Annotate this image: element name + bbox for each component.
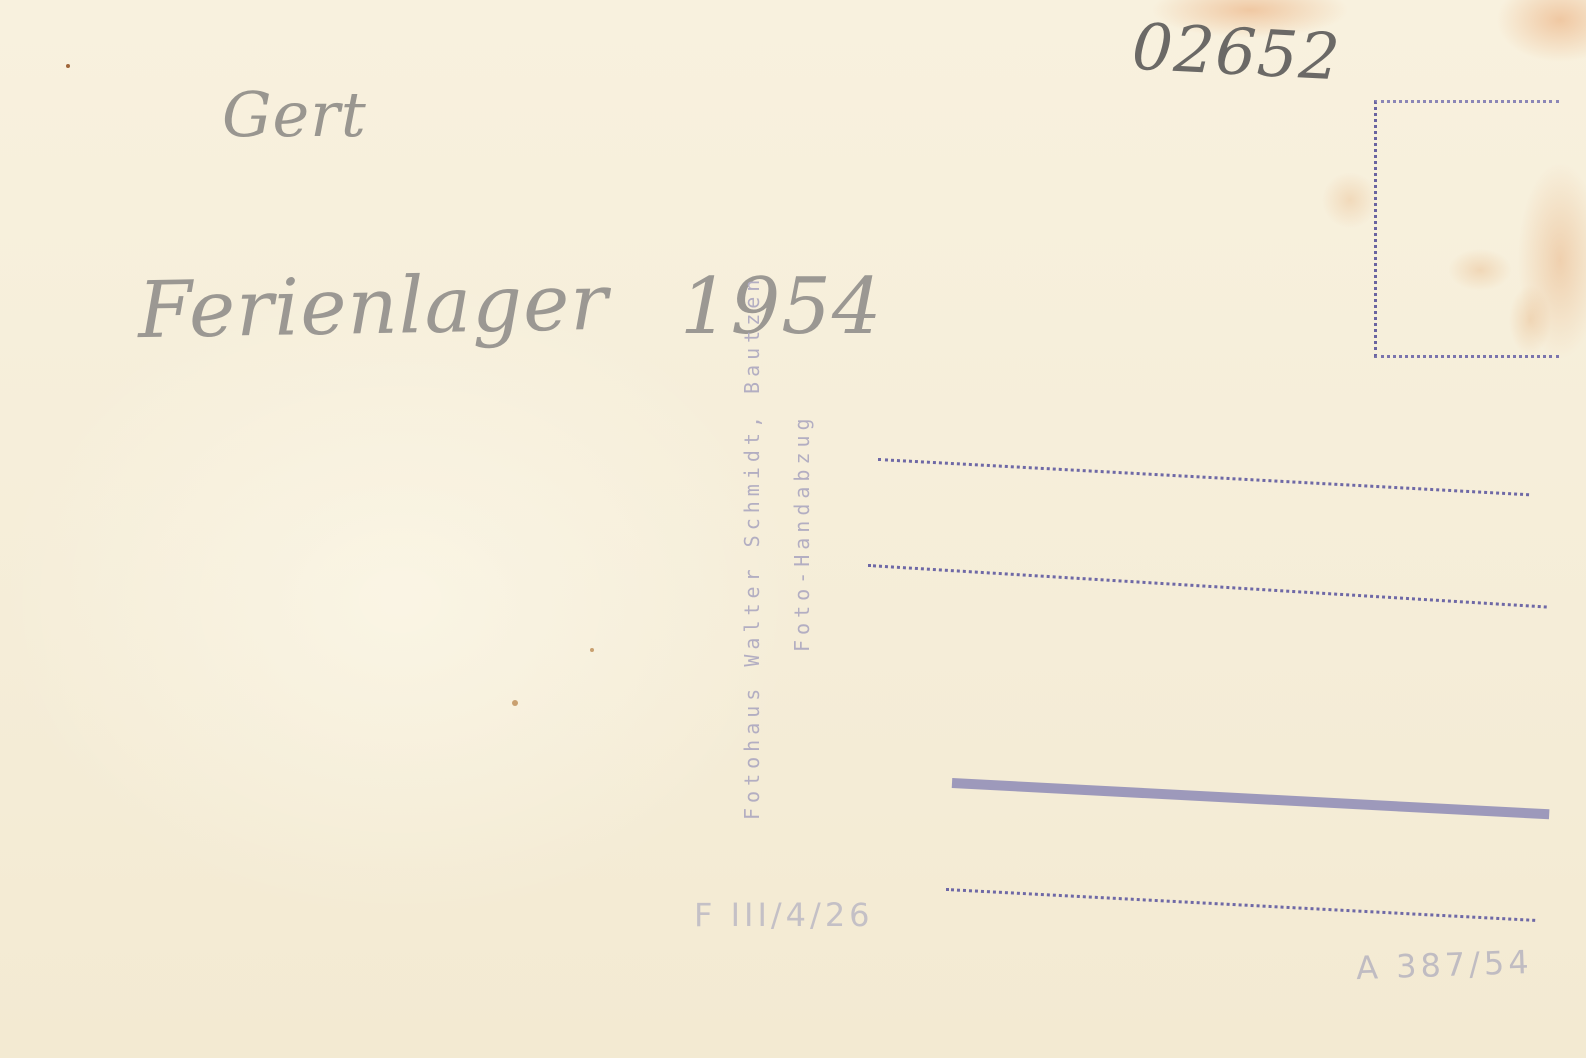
handwritten-year: 1954 <box>680 262 883 352</box>
address-line-4 <box>946 888 1535 922</box>
paper-speck <box>66 64 70 68</box>
handwritten-archive-number: 02652 <box>1130 11 1342 96</box>
approval-code: A 387/54 <box>1355 943 1533 987</box>
handwritten-title: Ferienlager <box>137 258 609 356</box>
license-code: F III/4/26 <box>694 896 874 934</box>
publisher-imprint: Fotohaus Walter Schmidt, Bautzen <box>740 275 764 820</box>
paper-speck <box>512 700 518 706</box>
process-imprint: Foto-Handabzug <box>790 413 814 652</box>
handwritten-name: Gert <box>222 78 367 151</box>
stamp-placement-box <box>1374 100 1559 358</box>
paper-speck <box>590 648 594 652</box>
address-line-3 <box>952 778 1550 819</box>
postcard-back: Gert Ferienlager 1954 02652 Fotohaus Wal… <box>0 0 1586 1058</box>
address-line-1 <box>878 458 1529 496</box>
address-line-2 <box>868 564 1547 609</box>
